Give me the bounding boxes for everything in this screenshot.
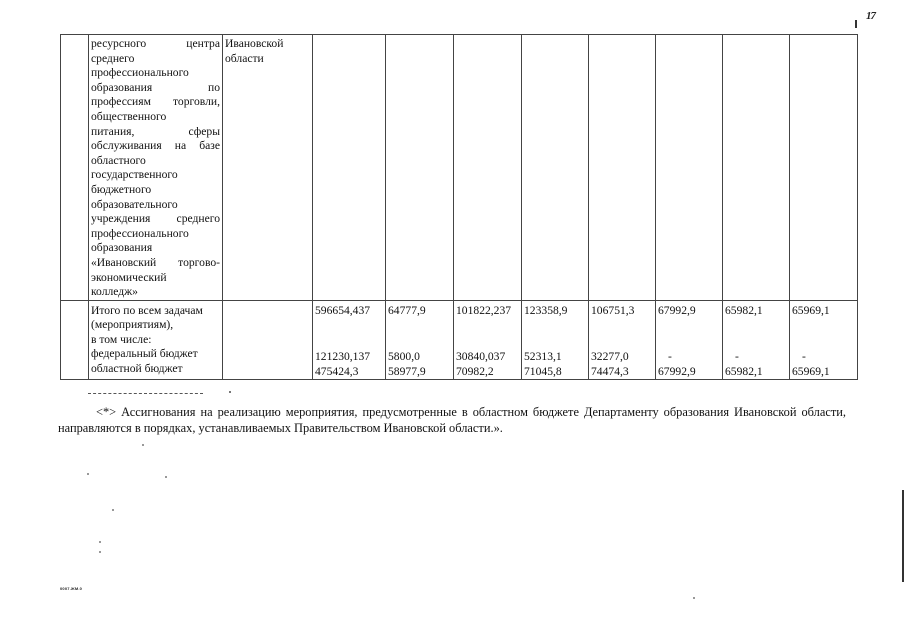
description-line: профессионального: [91, 66, 220, 81]
scan-speck: [165, 476, 167, 478]
description-line: экономический: [91, 271, 220, 286]
description-line: учреждениясреднего: [91, 212, 220, 227]
total-value: 101822,237: [456, 304, 519, 319]
value-cell: 65982,1-65982,1: [723, 300, 790, 380]
scan-speck: [87, 473, 89, 475]
total-label-line: областной бюджет: [91, 362, 220, 377]
description-line: профессионального: [91, 227, 220, 242]
description-line: профессиямторговли,: [91, 95, 220, 110]
value-cell: [386, 35, 454, 301]
scan-speck: [112, 509, 114, 511]
page-number: 17: [866, 10, 875, 22]
federal-value: -: [725, 350, 787, 365]
description-line: питания,сферы: [91, 125, 220, 140]
total-value: 64777,9: [388, 304, 451, 319]
federal-value: 32277,0: [591, 350, 653, 365]
description-line: среднего: [91, 52, 220, 67]
scan-speck: [142, 444, 144, 446]
total-value: 65982,1: [725, 304, 787, 319]
document-code: 0007.ЖМ.0: [60, 586, 82, 591]
description-line: обслуживаниянабазе: [91, 139, 220, 154]
scan-speck: [99, 541, 101, 543]
row-number-cell: [61, 300, 89, 380]
value-cell: 106751,332277,074474,3: [589, 300, 656, 380]
total-value: 106751,3: [591, 304, 653, 319]
executor-cell: Ивановской области: [223, 35, 313, 301]
description-line: колледж»: [91, 285, 220, 300]
federal-value: 52313,1: [524, 350, 586, 365]
value-cell: 101822,23730840,03770982,2: [454, 300, 522, 380]
total-label-cell: Итого по всем задачам(мероприятиям),в то…: [89, 300, 223, 380]
total-label-line: федеральный бюджет: [91, 347, 220, 362]
regional-value: 475424,3: [315, 365, 383, 380]
executor-cell: [223, 300, 313, 380]
footnote: <*> Ассигнования на реализацию мероприят…: [58, 404, 846, 436]
value-cell: 123358,952313,171045,8: [522, 300, 589, 380]
description-line: ресурсногоцентра: [91, 37, 220, 52]
description-line: областного: [91, 154, 220, 169]
regional-value: 70982,2: [456, 365, 519, 380]
total-label-line: в том числе:: [91, 333, 220, 348]
total-value: 123358,9: [524, 304, 586, 319]
footnote-separator: [88, 393, 203, 394]
scan-speck: [693, 597, 695, 599]
value-cell: [522, 35, 589, 301]
regional-value: 71045,8: [524, 365, 586, 380]
federal-value: -: [792, 350, 855, 365]
description-line: государственного: [91, 168, 220, 183]
value-cell: 64777,95800,058977,9: [386, 300, 454, 380]
description-line: образованияпо: [91, 81, 220, 96]
federal-value: 121230,137: [315, 350, 383, 365]
value-cell: [790, 35, 858, 301]
total-value: 67992,9: [658, 304, 720, 319]
total-label-line: (мероприятиям),: [91, 318, 220, 333]
value-cell: [454, 35, 522, 301]
federal-value: 30840,037: [456, 350, 519, 365]
table-row-total: Итого по всем задачам(мероприятиям),в то…: [61, 300, 858, 380]
row-number-cell: [61, 35, 89, 301]
value-cell: 596654,437121230,137475424,3: [313, 300, 386, 380]
value-cell: 67992,9-67992,9: [656, 300, 723, 380]
scan-artifact: [902, 490, 904, 582]
description-line: общественного: [91, 110, 220, 125]
regional-value: 67992,9: [658, 365, 720, 380]
regional-value: 65982,1: [725, 365, 787, 380]
description-line: образовательного: [91, 198, 220, 213]
table-row-college: ресурсногоцентрасреднегопрофессиональног…: [61, 35, 858, 301]
total-value: 596654,437: [315, 304, 383, 319]
total-value: 65969,1: [792, 304, 855, 319]
footnote-text: <*> Ассигнования на реализацию мероприят…: [58, 405, 846, 435]
description-line: бюджетного: [91, 183, 220, 198]
value-cell: [313, 35, 386, 301]
value-cell: 65969,1-65969,1: [790, 300, 858, 380]
value-cell: [589, 35, 656, 301]
description-line: «Ивановскийторгово-: [91, 256, 220, 271]
regional-value: 74474,3: [591, 365, 653, 380]
value-cell: [656, 35, 723, 301]
scan-speck: [229, 391, 231, 393]
regional-value: 58977,9: [388, 365, 451, 380]
scan-speck: [99, 551, 101, 553]
regional-value: 65969,1: [792, 365, 855, 380]
total-label-line: Итого по всем задачам: [91, 304, 220, 319]
budget-table: ресурсногоцентрасреднегопрофессиональног…: [60, 34, 858, 380]
scan-artifact: [855, 20, 857, 28]
federal-value: -: [658, 350, 720, 365]
measure-description-cell: ресурсногоцентрасреднегопрофессиональног…: [89, 35, 223, 301]
federal-value: 5800,0: [388, 350, 451, 365]
description-line: образования: [91, 241, 220, 256]
value-cell: [723, 35, 790, 301]
